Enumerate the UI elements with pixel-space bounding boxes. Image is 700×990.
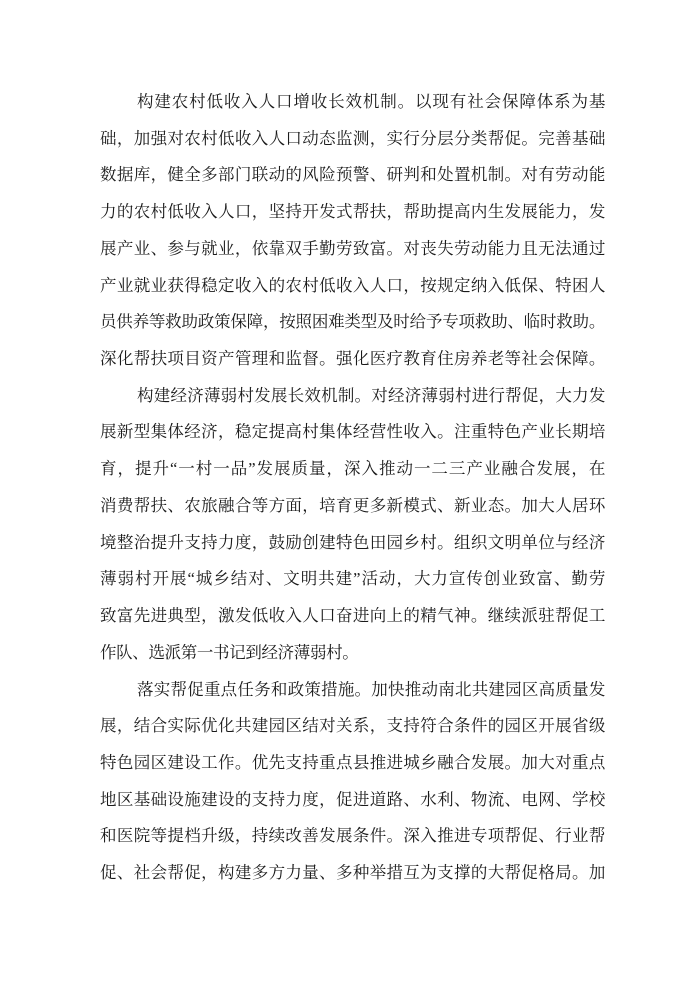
text-line: 境整治提升支持力度，鼓励创建特色田园乡村。组织文明单位与经济	[100, 525, 605, 562]
text-line: 育，提升“一村一品”发展质量，深入推动一二三产业融合发展，在	[100, 451, 605, 488]
paragraph-2: 构建经济薄弱村发展长效机制。对经济薄弱村进行帮促，大力发展新型集体经济，稳定提高…	[100, 378, 605, 672]
text-line: 特色园区建设工作。优先支持重点县推进城乡融合发展。加大对重点	[100, 745, 605, 782]
text-line: 薄弱村开展“城乡结对、文明共建”活动，大力宣传创业致富、勤劳	[100, 561, 605, 598]
text-line: 构建经济薄弱村发展长效机制。对经济薄弱村进行帮促，大力发	[100, 378, 605, 415]
text-line: 员供养等救助政策保障，按照困难类型及时给予专项救助、临时救助。	[100, 304, 605, 341]
text-line: 消费帮扶、农旅融合等方面，培育更多新模式、新业态。加大人居环	[100, 488, 605, 525]
text-line: 展，结合实际优化共建园区结对关系，支持符合条件的园区开展省级	[100, 708, 605, 745]
text-line: 作队、选派第一书记到经济薄弱村。	[100, 635, 605, 672]
text-line: 深化帮扶项目资产管理和监督。强化医疗教育住房养老等社会保障。	[100, 341, 605, 378]
paragraph-1: 构建农村低收入人口增收长效机制。以现有社会保障体系为基础，加强对农村低收入人口动…	[100, 84, 605, 378]
text-line: 致富先进典型，激发低收入人口奋进向上的精气神。继续派驻帮促工	[100, 598, 605, 635]
text-line: 数据库，健全多部门联动的风险预警、研判和处置机制。对有劳动能	[100, 157, 605, 194]
text-line: 展新型集体经济，稳定提高村集体经营性收入。注重特色产业长期培	[100, 414, 605, 451]
text-line: 础，加强对农村低收入人口动态监测，实行分层分类帮促。完善基础	[100, 121, 605, 158]
document-page: 构建农村低收入人口增收长效机制。以现有社会保障体系为基础，加强对农村低收入人口动…	[0, 0, 700, 990]
text-line: 促、社会帮促，构建多方力量、多种举措互为支撑的大帮促格局。加	[100, 855, 605, 892]
text-line: 产业就业获得稳定收入的农村低收入人口，按规定纳入低保、特困人	[100, 268, 605, 305]
text-line: 构建农村低收入人口增收长效机制。以现有社会保障体系为基	[100, 84, 605, 121]
text-line: 力的农村低收入人口，坚持开发式帮扶，帮助提高内生发展能力，发	[100, 194, 605, 231]
paragraph-3: 落实帮促重点任务和政策措施。加快推动南北共建园区高质量发展，结合实际优化共建园区…	[100, 672, 605, 892]
text-line: 和医院等提档升级，持续改善发展条件。深入推进专项帮促、行业帮	[100, 818, 605, 855]
document-body: 构建农村低收入人口增收长效机制。以现有社会保障体系为基础，加强对农村低收入人口动…	[100, 84, 605, 892]
text-line: 展产业、参与就业，依靠双手勤劳致富。对丧失劳动能力且无法通过	[100, 231, 605, 268]
text-line: 落实帮促重点任务和政策措施。加快推动南北共建园区高质量发	[100, 672, 605, 709]
text-line: 地区基础设施建设的支持力度，促进道路、水利、物流、电网、学校	[100, 782, 605, 819]
